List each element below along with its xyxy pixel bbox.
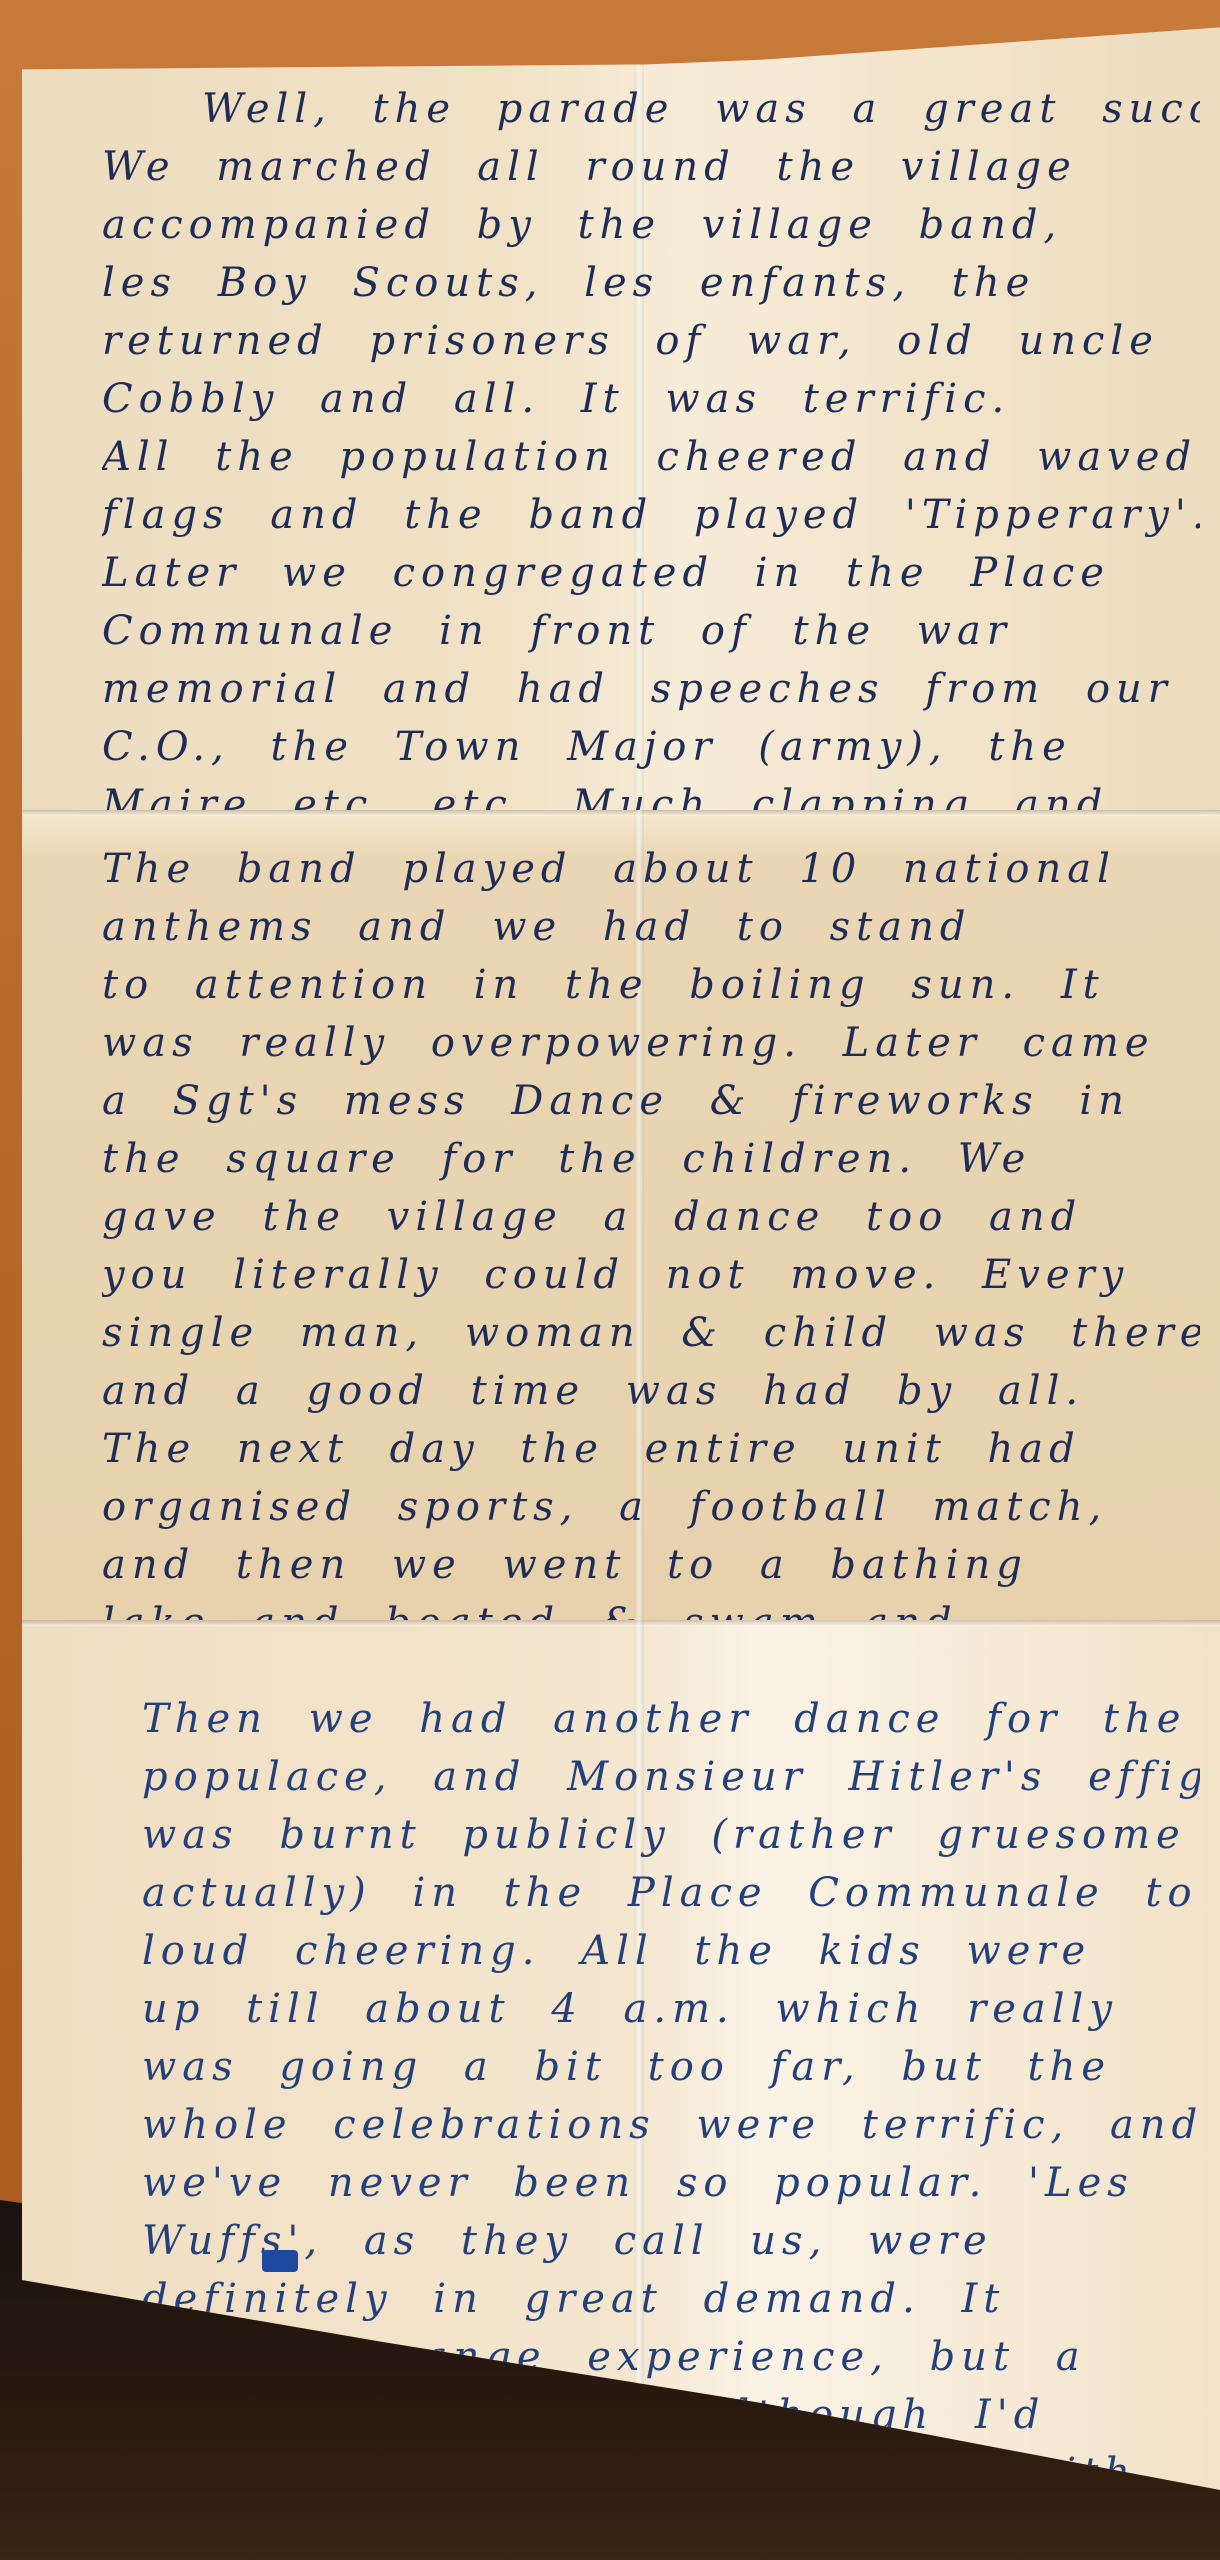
letter-panel-top: Well, the parade was a great success.We …: [22, 20, 1220, 810]
handwritten-line: single man, woman & child was there: [102, 1304, 1200, 1362]
handwritten-line: was going a bit too far, but the: [142, 2038, 1200, 2096]
handwritten-line: actually) in the Place Communale to: [142, 1864, 1200, 1922]
letter-sheet: Well, the parade was a great success.We …: [22, 20, 1220, 2490]
handwritten-line: and then we went to a bathing: [102, 1536, 1200, 1594]
handwritten-line: Communale in front of the war: [102, 602, 1200, 660]
handwritten-line: returned prisoners of war, old uncle Tom: [102, 312, 1200, 370]
handwritten-line: and a good time was had by all.: [102, 1362, 1200, 1420]
letter-panel-middle: The band played about 10 nationalanthems…: [22, 810, 1220, 1620]
horizontal-fold-crease: [22, 810, 1220, 816]
handwritten-line: was burnt publicly (rather gruesome: [142, 1806, 1200, 1864]
handwritten-line: definitely in great demand. It: [142, 2270, 1200, 2328]
handwritten-line: loud cheering. All the kids were: [142, 1922, 1200, 1980]
handwritten-line: the square for the children. We: [102, 1130, 1200, 1188]
handwritten-line: populace, and Monsieur Hitler's effigy: [142, 1748, 1200, 1806]
handwritten-line: The next day the entire unit had: [102, 1420, 1200, 1478]
handwritten-line: We marched all round the village: [102, 138, 1200, 196]
panel-lines: Well, the parade was a great success.We …: [102, 80, 1200, 892]
ink-blot: [262, 2250, 298, 2272]
handwritten-line: whole celebrations were terrific, and: [142, 2096, 1200, 2154]
handwritten-line: was really overpowering. Later came: [102, 1014, 1200, 1072]
handwritten-line: we've never been so popular. 'Les: [142, 2154, 1200, 2212]
handwritten-line: memorial and had speeches from our: [102, 660, 1200, 718]
handwritten-line: C.O., the Town Major (army), the: [102, 718, 1200, 776]
handwritten-line: accompanied by the village band,: [102, 196, 1200, 254]
handwritten-line: Well, the parade was a great success.: [102, 80, 1200, 138]
handwritten-line: Wuffs', as they call us, were: [142, 2212, 1200, 2270]
handwritten-line: you literally could not move. Every: [102, 1246, 1200, 1304]
handwritten-line: Later we congregated in the Place: [102, 544, 1200, 602]
panel-lines: The band played about 10 nationalanthems…: [102, 840, 1200, 1710]
handwritten-line: les Boy Scouts, les enfants, the: [102, 254, 1200, 312]
handwritten-line: The band played about 10 national: [102, 840, 1200, 898]
handwritten-line: a Sgt's mess Dance & fireworks in: [102, 1072, 1200, 1130]
handwritten-line: Then we had another dance for the: [142, 1690, 1200, 1748]
handwritten-line: up till about 4 a.m. which really: [142, 1980, 1200, 2038]
horizontal-fold-crease: [22, 1620, 1220, 1626]
handwritten-line: gave the village a dance too and: [102, 1188, 1200, 1246]
handwritten-line: flags and the band played 'Tipperary'.: [102, 486, 1200, 544]
handwritten-line: anthems and we had to stand: [102, 898, 1200, 956]
handwritten-line: Cobbly and all. It was terrific.: [102, 370, 1200, 428]
handwritten-line: organised sports, a football match,: [102, 1478, 1200, 1536]
handwritten-line: to attention in the boiling sun. It: [102, 956, 1200, 1014]
handwritten-line: All the population cheered and waved: [102, 428, 1200, 486]
